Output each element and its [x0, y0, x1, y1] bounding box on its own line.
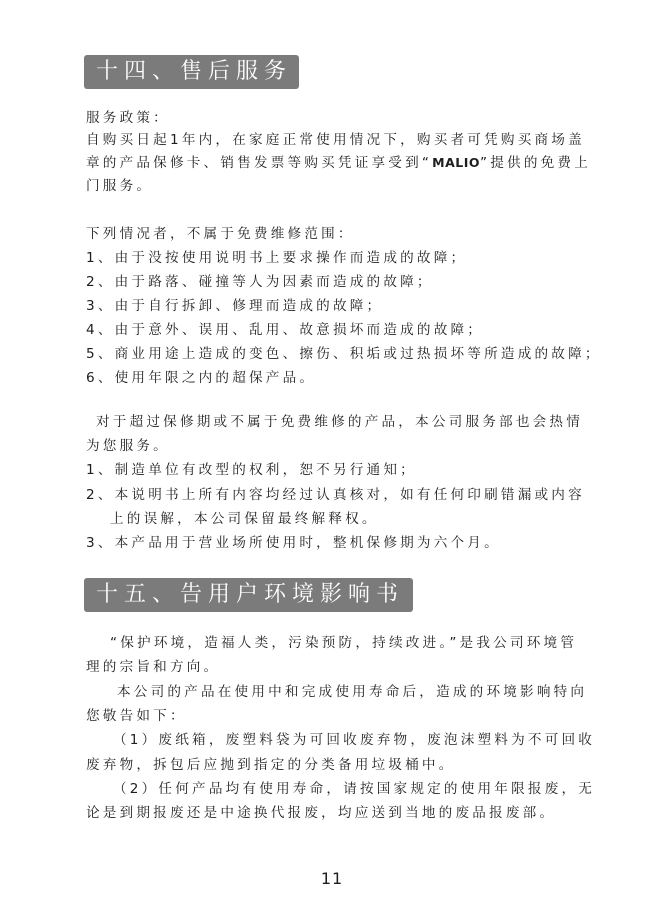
section-heading-environmental-impact: 十五、告用户环境影响书 [84, 578, 413, 612]
env-paragraph-line: 理的宗旨和方向。 [86, 657, 220, 677]
exclusion-item: 6、使用年限之内的超保产品。 [86, 368, 316, 388]
exclusion-item: 3、由于自行拆卸、修理而造成的故障； [86, 296, 383, 316]
service-policy-title: 服务政策： [86, 108, 170, 128]
env-paragraph-line: 本公司的产品在使用中和完成使用寿命后，造成的环境影响特向 [117, 682, 587, 702]
note-item-continuation: 上的误解，本公司保留最终解释权。 [110, 509, 379, 529]
manual-page: 十四、售后服务 服务政策： 自购买日起1年内，在家庭正常使用情况下，购买者可凭购… [0, 0, 664, 909]
note-item: 3、本产品用于营业场所使用时，整机保修期为六个月。 [86, 533, 501, 553]
note-item: 2、本说明书上所有内容均经过认真核对，如有任何印刷错漏或内容 [86, 485, 585, 505]
exclusions-title: 下列情况者，不属于免费维修范围： [86, 224, 355, 244]
service-policy-line-suffix: 提供的免费上 [490, 155, 591, 171]
service-policy-line: 自购买日起1年内，在家庭正常使用情况下，购买者可凭购买商场盖 [86, 130, 585, 150]
env-item-continuation: 废弃物，拆包后应抛到指定的分类备用垃圾桶中。 [86, 755, 455, 775]
section-heading-after-sales-service: 十四、售后服务 [84, 55, 299, 89]
service-policy-line-text: 章的产品保修卡、销售发票等购买凭证享受到 [86, 155, 422, 171]
service-policy-line: 章的产品保修卡、销售发票等购买凭证享受到“MALIO”提供的免费上 [86, 153, 591, 173]
quote-close: ” [480, 155, 490, 171]
exclusion-item: 2、由于路落、碰撞等人为因素而造成的故障； [86, 272, 434, 292]
service-paragraph-line: 对于超过保修期或不属于免费维修的产品，本公司服务部也会热情 [96, 412, 583, 432]
exclusion-item: 1、由于没按使用说明书上要求操作而造成的故障； [86, 248, 467, 268]
env-paragraph-line: “保护环境，造福人类，污染预防，持续改进。”是我公司环境管 [110, 633, 577, 653]
page-number: 11 [0, 869, 664, 888]
service-paragraph-line: 为您服务。 [86, 436, 170, 456]
env-item-continuation: 论是到期报废还是中途换代报废，均应送到当地的废品报废部。 [86, 803, 556, 823]
env-item: （2）任何产品均有使用寿命，请按国家规定的使用年限报废，无 [113, 779, 595, 799]
env-paragraph-line: 您敬告如下： [86, 706, 187, 726]
note-item: 1、制造单位有改型的权利，恕不另行通知； [86, 460, 417, 480]
exclusion-item: 4、由于意外、误用、乱用、故意损坏而造成的故障； [86, 320, 484, 340]
brand-logo: MALIO [432, 155, 480, 170]
env-item: （1）废纸箱，废塑料袋为可回收废弃物，废泡沫塑料为不可回收 [113, 730, 595, 750]
service-policy-line: 门服务。 [86, 176, 153, 196]
quote-open: “ [422, 155, 432, 171]
exclusion-item: 5、商业用途上造成的变色、擦伤、积垢或过热损坏等所造成的故障； [86, 344, 602, 364]
